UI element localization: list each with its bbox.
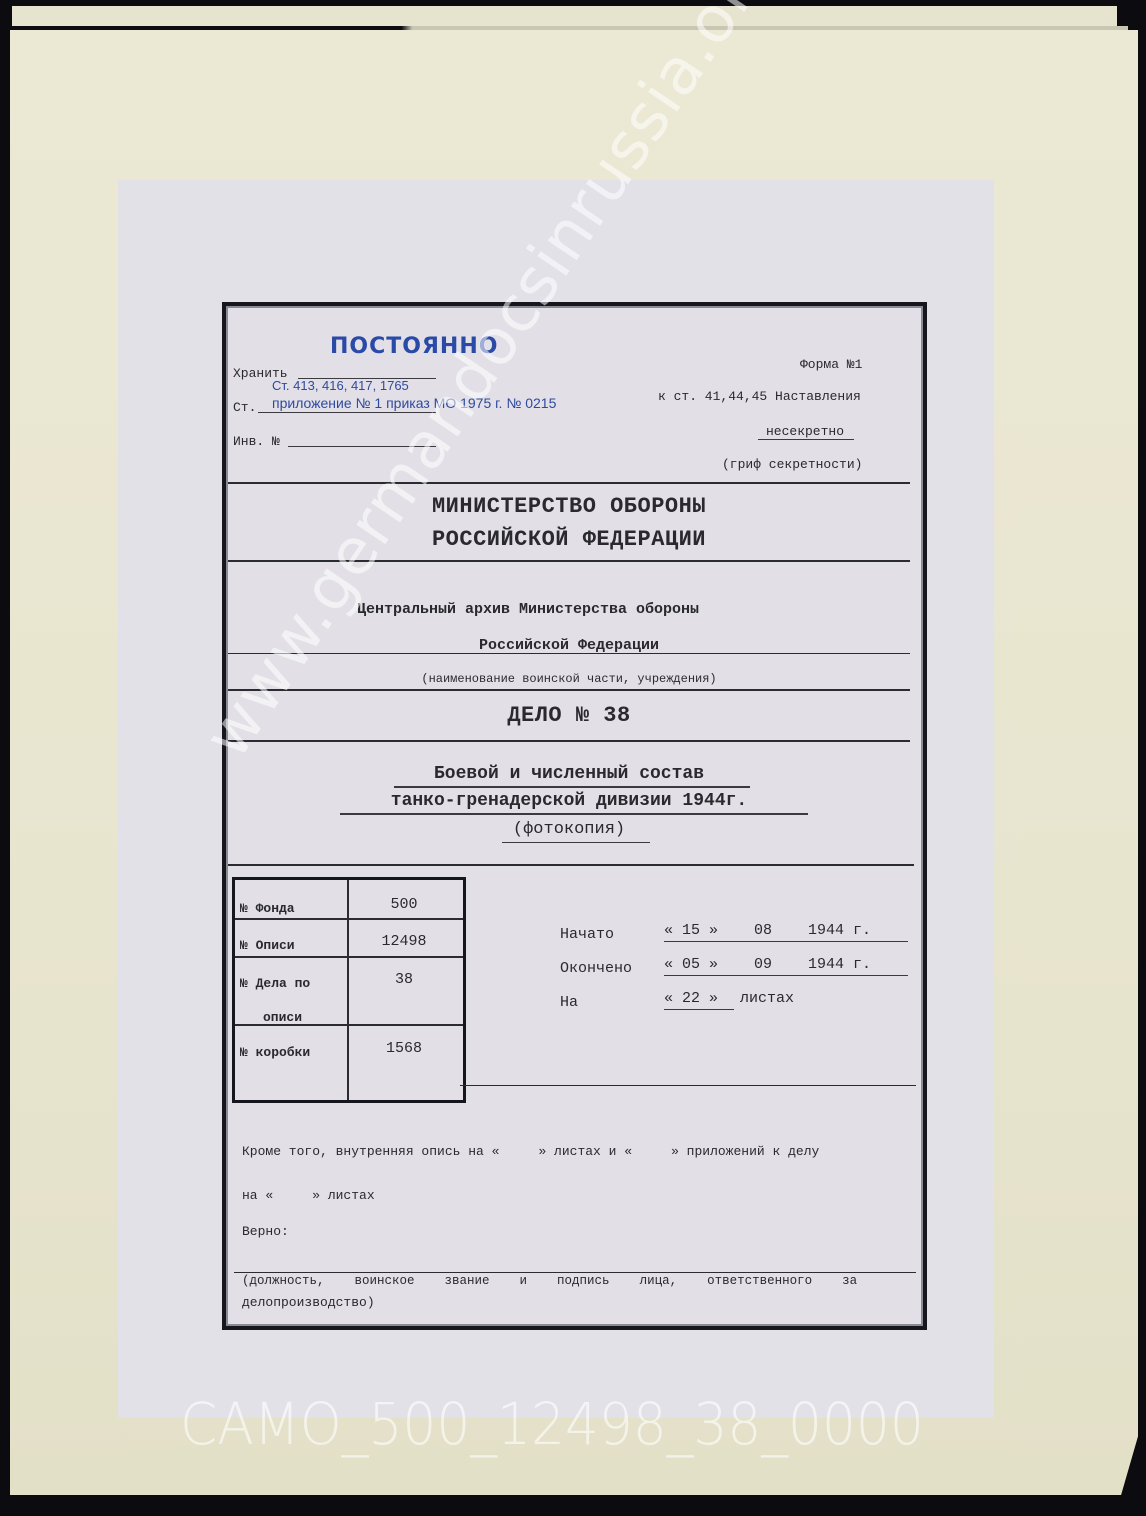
- form-number: Форма №1: [800, 357, 862, 372]
- classification-underline: [758, 439, 854, 440]
- subject-underline: [394, 786, 750, 788]
- classification-value: несекретно: [766, 424, 844, 439]
- sheets-suffix: листах: [740, 990, 794, 1007]
- started-value: « 15 » 08 1944 г.: [664, 922, 871, 939]
- sheets-note: на « » листах: [242, 1188, 375, 1203]
- divider: [228, 740, 910, 742]
- inventory-note: Кроме того, внутренняя опись на « » лист…: [242, 1144, 819, 1159]
- verified-label: Верно:: [242, 1224, 289, 1239]
- ministry-line1: МИНИСТЕРСТВО ОБОРОНЫ: [228, 494, 910, 519]
- subject-underline: [340, 813, 808, 815]
- unit-name-caption: (наименование воинской части, учреждения…: [228, 672, 910, 686]
- delo-label-cont: описи: [263, 1010, 302, 1025]
- table-column-divider: [347, 880, 349, 1100]
- classification-caption: (гриф секретности): [722, 457, 862, 472]
- divider: [228, 482, 910, 484]
- instruction-reference: к ст. 41,44,45 Наставления: [658, 389, 861, 404]
- sheets-label: На: [560, 994, 578, 1011]
- ended-label: Окончено: [560, 960, 632, 977]
- fond-label: № Фонда: [240, 901, 295, 916]
- article-label: Ст.: [233, 400, 256, 415]
- note-underline: [502, 842, 650, 843]
- case-subject-line1: Боевой и численный состав: [228, 764, 910, 784]
- table-row-divider: [235, 918, 463, 920]
- inventory-label: Инв. №: [233, 434, 280, 449]
- box-value: 1568: [349, 1040, 459, 1057]
- fond-value: 500: [349, 896, 459, 913]
- sheets-underline: [664, 1009, 734, 1010]
- article-handwritten-line1: Ст. 413, 416, 417, 1765: [272, 378, 409, 393]
- divider: [228, 689, 910, 691]
- signature-caption-line1: (должность, воинское звание и подпись ли…: [242, 1274, 857, 1288]
- box-label: № коробки: [240, 1045, 310, 1060]
- divider: [228, 864, 914, 866]
- file-id-watermark: CAMO_500_12498_38_0000: [180, 1390, 924, 1458]
- case-title: ДЕЛО № 38: [228, 703, 910, 728]
- ended-value: « 05 » 09 1944 г.: [664, 956, 871, 973]
- case-subject-line2: танко-гренадерской дивизии 1944г.: [228, 791, 910, 811]
- table-row-divider: [235, 956, 463, 958]
- started-label: Начато: [560, 926, 614, 943]
- delo-value: 38: [349, 971, 459, 988]
- ended-underline: [664, 975, 908, 976]
- case-subject-note: (фотокопия): [228, 820, 910, 839]
- signature-line: [234, 1272, 916, 1273]
- divider: [460, 1085, 916, 1086]
- started-underline: [664, 941, 908, 942]
- opis-label: № Описи: [240, 938, 295, 953]
- archive-codes-table: № Фонда 500 № Описи 12498 № Дела по опис…: [232, 877, 466, 1103]
- sheets-value: « 22 »: [664, 990, 718, 1007]
- signature-caption-line2: делопроизводство): [242, 1295, 375, 1310]
- delo-label: № Дела по: [240, 976, 310, 991]
- opis-value: 12498: [349, 933, 459, 950]
